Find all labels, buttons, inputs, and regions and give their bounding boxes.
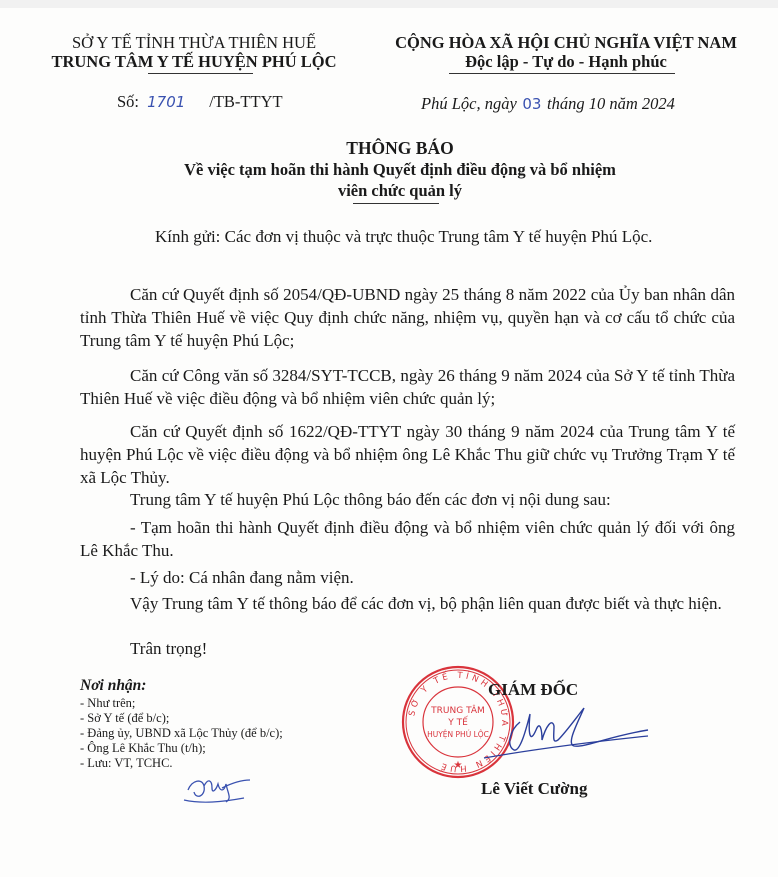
initials-icon xyxy=(182,770,252,806)
document-title: THÔNG BÁO Về việc tạm hoãn thi hành Quyế… xyxy=(100,138,700,204)
title-underline xyxy=(353,203,439,204)
recipient-item: - Như trên; xyxy=(80,696,283,711)
paragraph-announcement: Trung tâm Y tế huyện Phú Lộc thông báo đ… xyxy=(80,488,735,511)
subject-line-2: viên chức quản lý xyxy=(100,180,700,201)
agency-underline xyxy=(148,73,253,74)
date-prefix: Phú Lộc, ngày xyxy=(421,94,517,113)
svg-text:★: ★ xyxy=(454,760,463,771)
body-paragraph: - Tạm hoãn thi hành Quyết định điều động… xyxy=(80,516,735,562)
signer-title: GIÁM ĐỐC xyxy=(488,680,578,700)
date-suffix: tháng 10 năm 2024 xyxy=(547,94,675,113)
paragraph-reason: - Lý do: Cá nhân đang nằm viện. xyxy=(80,566,735,589)
svg-text:Y TẾ: Y TẾ xyxy=(447,716,468,728)
doc-number-handwritten: 1701 xyxy=(143,93,205,111)
national-motto: Độc lập - Tự do - Hạnh phúc xyxy=(366,52,766,71)
doc-number-label: Số: xyxy=(117,92,139,111)
scan-top-edge xyxy=(0,0,778,8)
document-number: Số: 1701 /TB-TTYT xyxy=(117,92,283,112)
recipients-list: Nơi nhận: - Như trên; - Sở Y tế (để b/c)… xyxy=(80,676,283,771)
body-paragraph: Trung tâm Y tế huyện Phú Lộc thông báo đ… xyxy=(80,488,735,511)
body-paragraph: Căn cứ Quyết định số 2054/QĐ-UBND ngày 2… xyxy=(80,283,735,352)
issuing-agency: TRUNG TÂM Y TẾ HUYỆN PHÚ LỘC xyxy=(40,52,348,71)
subject-line-1: Về việc tạm hoãn thi hành Quyết định điề… xyxy=(100,159,700,180)
paragraph-postponement: - Tạm hoãn thi hành Quyết định điều động… xyxy=(80,516,735,562)
recipient-item: - Lưu: VT, TCHC. xyxy=(80,756,283,771)
date-line: Phú Lộc, ngày 03 tháng 10 năm 2024 xyxy=(421,94,675,114)
body-paragraph: Vậy Trung tâm Y tế thông báo để các đơn … xyxy=(80,592,735,615)
recipients-heading: Nơi nhận: xyxy=(80,676,283,696)
motto-underline xyxy=(449,73,675,74)
recipient-item: - Sở Y tế (để b/c); xyxy=(80,711,283,726)
recipient-item: - Ông Lê Khắc Thu (t/h); xyxy=(80,741,283,756)
paragraph-legal-basis-1: Căn cứ Quyết định số 2054/QĐ-UBND ngày 2… xyxy=(80,283,735,352)
paragraph-legal-basis-3: Căn cứ Quyết định số 1622/QĐ-TTYT ngày 3… xyxy=(80,420,735,489)
body-paragraph: Căn cứ Công văn số 3284/SYT-TCCB, ngày 2… xyxy=(80,364,735,410)
signature-icon xyxy=(480,700,650,762)
issuing-agency-header: SỞ Y TẾ TỈNH THỪA THIÊN HUẾ TRUNG TÂM Y … xyxy=(40,33,348,74)
svg-text:TRUNG TÂM: TRUNG TÂM xyxy=(430,704,485,716)
body-paragraph: Căn cứ Quyết định số 1622/QĐ-TTYT ngày 3… xyxy=(80,420,735,489)
body-paragraph: Trân trọng! xyxy=(80,637,735,660)
date-day-handwritten: 03 xyxy=(521,95,543,113)
national-header: CỘNG HÒA XÃ HỘI CHỦ NGHĨA VIỆT NAM Độc l… xyxy=(366,33,766,74)
country-name: CỘNG HÒA XÃ HỘI CHỦ NGHĨA VIỆT NAM xyxy=(366,33,766,52)
body-paragraph: - Lý do: Cá nhân đang nằm viện. xyxy=(80,566,735,589)
parent-agency: SỞ Y TẾ TỈNH THỪA THIÊN HUẾ xyxy=(40,33,348,52)
recipient-item: - Đảng ủy, UBND xã Lộc Thủy (để b/c); xyxy=(80,726,283,741)
doc-number-suffix: /TB-TTYT xyxy=(209,92,282,111)
paragraph-legal-basis-2: Căn cứ Công văn số 3284/SYT-TCCB, ngày 2… xyxy=(80,364,735,410)
paragraph-closing: Vậy Trung tâm Y tế thông báo để các đơn … xyxy=(80,592,735,615)
document-type: THÔNG BÁO xyxy=(100,138,700,159)
paragraph-regards: Trân trọng! xyxy=(80,637,735,660)
recipient-line: Kính gửi: Các đơn vị thuộc và trực thuộc… xyxy=(155,227,652,247)
signer-name: Lê Viết Cường xyxy=(481,779,588,799)
